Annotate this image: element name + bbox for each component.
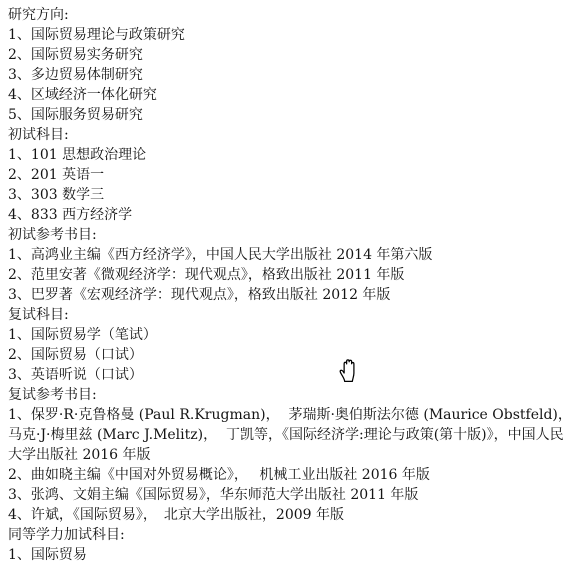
- section-heading: 复试科目:: [8, 305, 573, 325]
- section-initial-exam-subjects: 初试科目: 1、101 思想政治理论 2、201 英语一 3、303 数学三 4…: [8, 125, 573, 225]
- list-item: 2、国际贸易（口试）: [8, 345, 573, 365]
- list-item: 2、曲如晓主编《中国对外贸易概论》， 机械工业出版社 2016 年版: [8, 465, 573, 485]
- list-item: 3、英语听说（口试）: [8, 365, 573, 385]
- section-heading: 初试科目:: [8, 125, 573, 145]
- list-item: 1、国际贸易学（笔试）: [8, 325, 573, 345]
- section-retest-subjects: 复试科目: 1、国际贸易学（笔试） 2、国际贸易（口试） 3、英语听说（口试）: [8, 305, 573, 385]
- document-page: 研究方向: 1、国际贸易理论与政策研究 2、国际贸易实务研究 3、多边贸易体制研…: [0, 0, 583, 575]
- list-item: 2、国际贸易实务研究: [8, 45, 573, 65]
- section-heading: 初试参考书目:: [8, 225, 573, 245]
- list-item: 3、张鸿、文娟主编《国际贸易》，华东师范大学出版社 2011 年版: [8, 485, 573, 505]
- list-item: 1、国际贸易理论与政策研究: [8, 25, 573, 45]
- section-heading: 研究方向:: [8, 5, 573, 25]
- section-equivalency-additional-subjects: 同等学力加试科目: 1、国际贸易: [8, 525, 573, 565]
- list-item: 3、巴罗著《宏观经济学：现代观点》，格致出版社 2012 年版: [8, 285, 573, 305]
- list-item: 2、201 英语一: [8, 165, 573, 185]
- list-item: 1、高鸿业主编《西方经济学》，中国人民大学出版社 2014 年第六版: [8, 245, 573, 265]
- section-initial-reference-books: 初试参考书目: 1、高鸿业主编《西方经济学》，中国人民大学出版社 2014 年第…: [8, 225, 573, 305]
- list-item: 2、范里安著《微观经济学：现代观点》，格致出版社 2011 年版: [8, 265, 573, 285]
- list-item: 1、国际贸易: [8, 545, 573, 565]
- list-item: 1、101 思想政治理论: [8, 145, 573, 165]
- list-item: 4、区域经济一体化研究: [8, 85, 573, 105]
- section-heading: 同等学力加试科目:: [8, 525, 573, 545]
- list-item: 1、保罗·R·克鲁格曼 (Paul R.Krugman)， 茅瑞斯·奥伯斯法尔德…: [8, 405, 573, 465]
- list-item: 3、多边贸易体制研究: [8, 65, 573, 85]
- section-heading: 复试参考书目:: [8, 385, 573, 405]
- section-research-directions: 研究方向: 1、国际贸易理论与政策研究 2、国际贸易实务研究 3、多边贸易体制研…: [8, 5, 573, 125]
- list-item: 5、国际服务贸易研究: [8, 105, 573, 125]
- section-retest-reference-books: 复试参考书目: 1、保罗·R·克鲁格曼 (Paul R.Krugman)， 茅瑞…: [8, 385, 573, 525]
- list-item: 4、833 西方经济学: [8, 205, 573, 225]
- list-item: 3、303 数学三: [8, 185, 573, 205]
- list-item: 4、许斌，《国际贸易》， 北京大学出版社，2009 年版: [8, 505, 573, 525]
